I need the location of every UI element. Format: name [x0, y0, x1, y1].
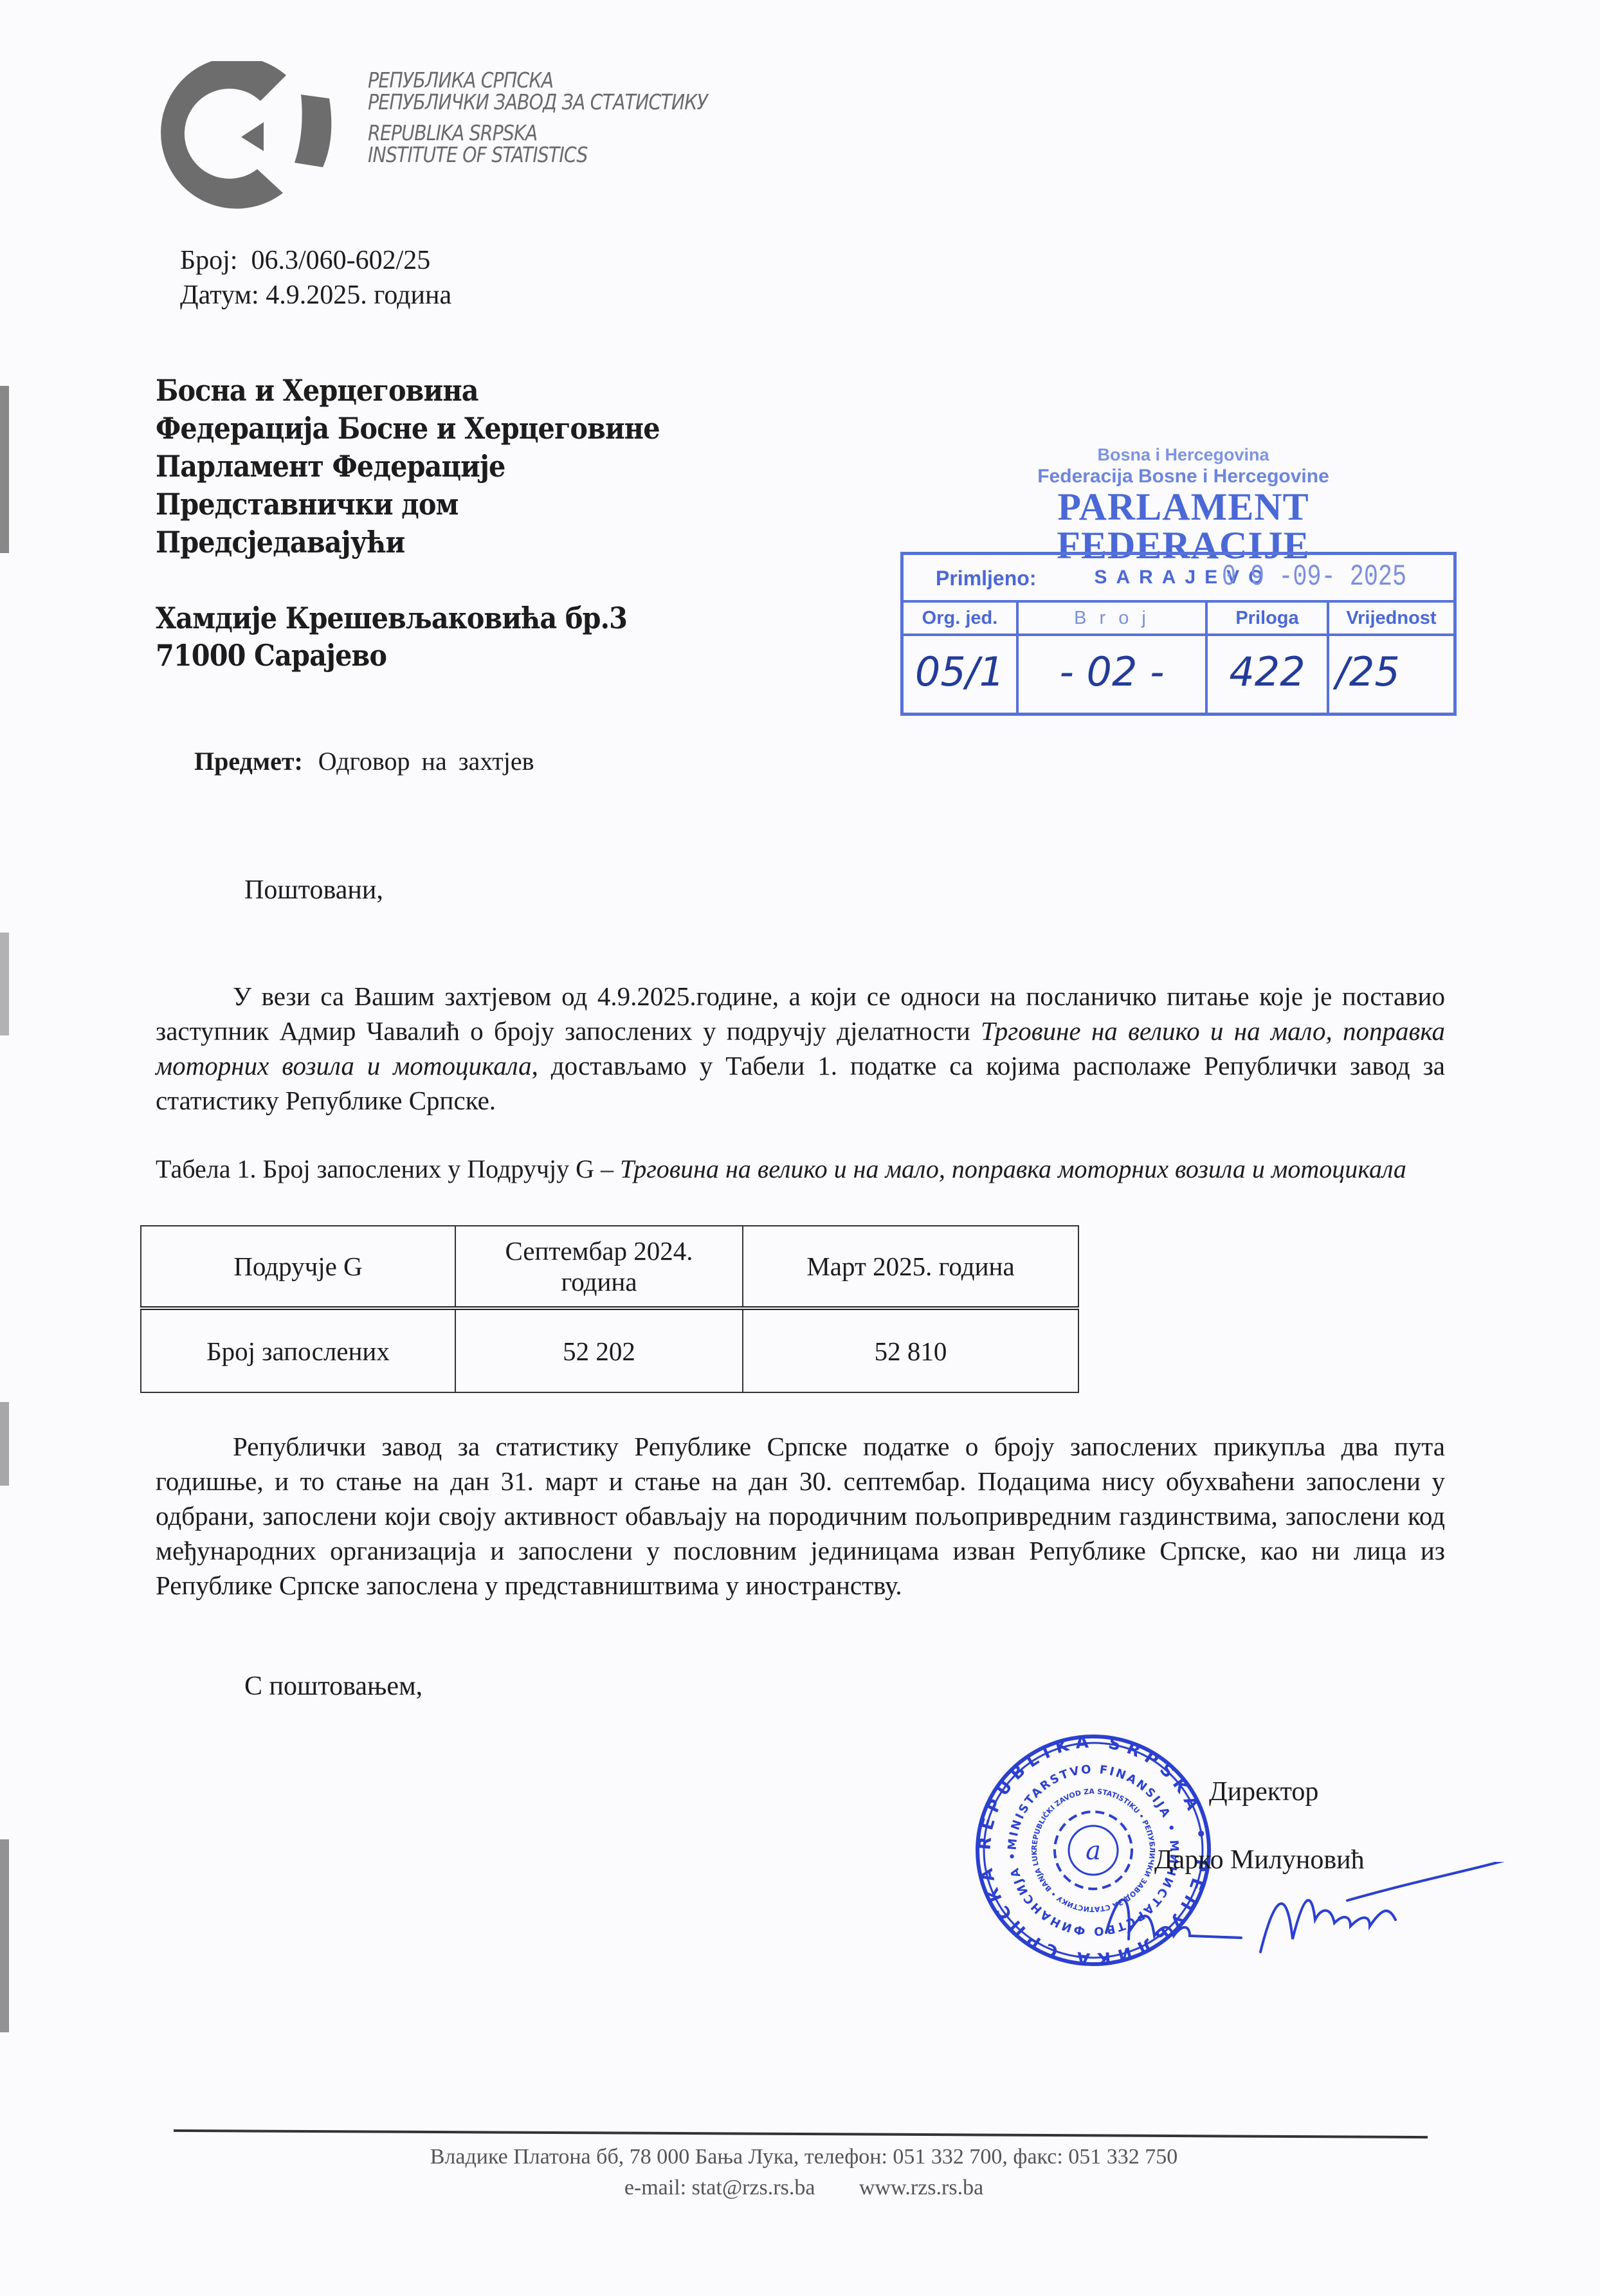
document-date-label: Датум:	[180, 280, 259, 310]
org-name-lat-1: REPUBLIKA SRPSKA	[368, 122, 707, 144]
stamp-col-value-field: Vrijednost /25	[1329, 603, 1453, 713]
reference-number-value: 06.3/060-602/25	[251, 246, 430, 275]
recipient-address: Хамдије Крешевљаковића бр.3 71000 Сараје…	[156, 599, 627, 674]
scan-artifact	[0, 386, 9, 553]
table-cell: 52 202	[455, 1308, 743, 1392]
paragraph-text: Републички завод за статистику Републике…	[156, 1432, 1445, 1600]
closing: С поштовањем,	[244, 1671, 423, 1702]
document-date-value: 4.9.2025. година	[266, 280, 451, 310]
stamp-col-value: - 02 -	[1019, 636, 1205, 713]
reference-number: Број: 06.3/060-602/25	[180, 243, 451, 278]
received-date: 0 9 -09- 2025	[1222, 560, 1406, 594]
table-caption: Табела 1. Број запослених у Подручју G –…	[156, 1154, 1445, 1184]
recipient-line: Предсједавајући	[156, 524, 660, 561]
handwritten-signature-icon	[1093, 1862, 1518, 1971]
footer-address: Владике Платона бб, 78 000 Бања Лука, те…	[161, 2142, 1447, 2173]
scan-artifact	[0, 933, 9, 1035]
caption-italic: Трговина на велико и на мало, поправка м…	[620, 1154, 1406, 1183]
stamp-col-value: /25	[1329, 636, 1453, 713]
stamp-col-header: Vrijednost	[1329, 603, 1453, 636]
subject-value: Одговор на захтјев	[318, 747, 534, 776]
table-cell: Број запослених	[141, 1308, 455, 1392]
stamp-col-header: B r o j	[1019, 603, 1205, 636]
recipient-street: Хамдије Крешевљаковића бр.3	[156, 599, 627, 637]
received-stamp-box: Primljeno: 0 9 -09- 2025 Org. jed. 05/1 …	[900, 552, 1457, 716]
recipient-block: Босна и Херцеговина Федерација Босне и Х…	[156, 372, 660, 561]
table-header: Септембар 2024. година	[455, 1226, 743, 1308]
received-label: Primljeno:	[936, 567, 1036, 590]
caption-text: Табела 1. Број запослених у Подручју G –	[156, 1154, 620, 1183]
employment-table: Подручје G Септембар 2024. година Март 2…	[140, 1225, 1079, 1393]
subject-label: Предмет:	[194, 747, 303, 776]
greeting: Поштовани,	[244, 875, 383, 906]
table-header-row: Подручје G Септембар 2024. година Март 2…	[141, 1226, 1078, 1308]
footer-email: e-mail: stat@rzs.rs.ba	[624, 2176, 815, 2200]
body-paragraph-1: У вези са Вашим захтјевом од 4.9.2025.го…	[156, 979, 1445, 1118]
scan-artifact	[0, 1402, 9, 1486]
document-date: Датум: 4.9.2025. година	[180, 278, 451, 313]
footer-divider	[174, 2129, 1428, 2138]
stamp-col-attachments: Priloga 422	[1208, 603, 1329, 713]
stamp-line: Bosna i Hercegovina	[952, 444, 1415, 466]
recipient-line: Парламент Федерације	[156, 448, 660, 486]
stamp-col-value: 05/1	[904, 636, 1016, 713]
institute-logo-icon	[154, 61, 347, 209]
reference-number-label: Број:	[180, 246, 237, 275]
recipient-line: Федерација Босне и Херцеговине	[156, 410, 660, 448]
stamp-col-number: B r o j - 02 -	[1019, 603, 1208, 713]
scan-artifact	[0, 1839, 9, 2032]
org-name-cyr-2: РЕПУБЛИЧКИ ЗАВОД ЗА СТАТИСТИКУ	[368, 91, 707, 113]
table-header: Подручје G	[141, 1226, 455, 1308]
stamp-col-header: Org. jed.	[904, 603, 1016, 636]
table-header: Март 2025. година	[743, 1226, 1078, 1308]
letterhead-text: РЕПУБЛИКА СРПСКА РЕПУБЛИЧКИ ЗАВОД ЗА СТА…	[368, 69, 707, 166]
subject-line: Предмет: Одговор на захтјев	[194, 746, 534, 776]
stamp-line: Federacija Bosne i Hercegovine	[952, 466, 1415, 487]
stamp-col-value: 422	[1208, 636, 1327, 713]
org-name-lat-2: INSTITUTE OF STATISTICS	[368, 144, 707, 166]
stamp-col-org-unit: Org. jed. 05/1	[904, 603, 1019, 713]
document-meta: Број: 06.3/060-602/25 Датум: 4.9.2025. г…	[180, 243, 451, 313]
body-paragraph-2: Републички завод за статистику Републике…	[156, 1429, 1445, 1603]
footer-website: www.rzs.rs.ba	[859, 2176, 983, 2200]
recipient-line: Представнички дом	[156, 486, 660, 524]
signatory-title: Директор	[1209, 1776, 1318, 1807]
org-name-cyr-1: РЕПУБЛИКА СРПСКА	[368, 69, 707, 91]
stamp-col-header: Priloga	[1208, 603, 1327, 636]
recipient-city: 71000 Сарајево	[156, 637, 627, 674]
footer: Владике Платона бб, 78 000 Бања Лука, те…	[161, 2142, 1447, 2203]
recipient-line: Босна и Херцеговина	[156, 372, 660, 410]
table-cell: 52 810	[743, 1308, 1078, 1392]
table-row: Број запослених 52 202 52 810	[141, 1308, 1078, 1392]
